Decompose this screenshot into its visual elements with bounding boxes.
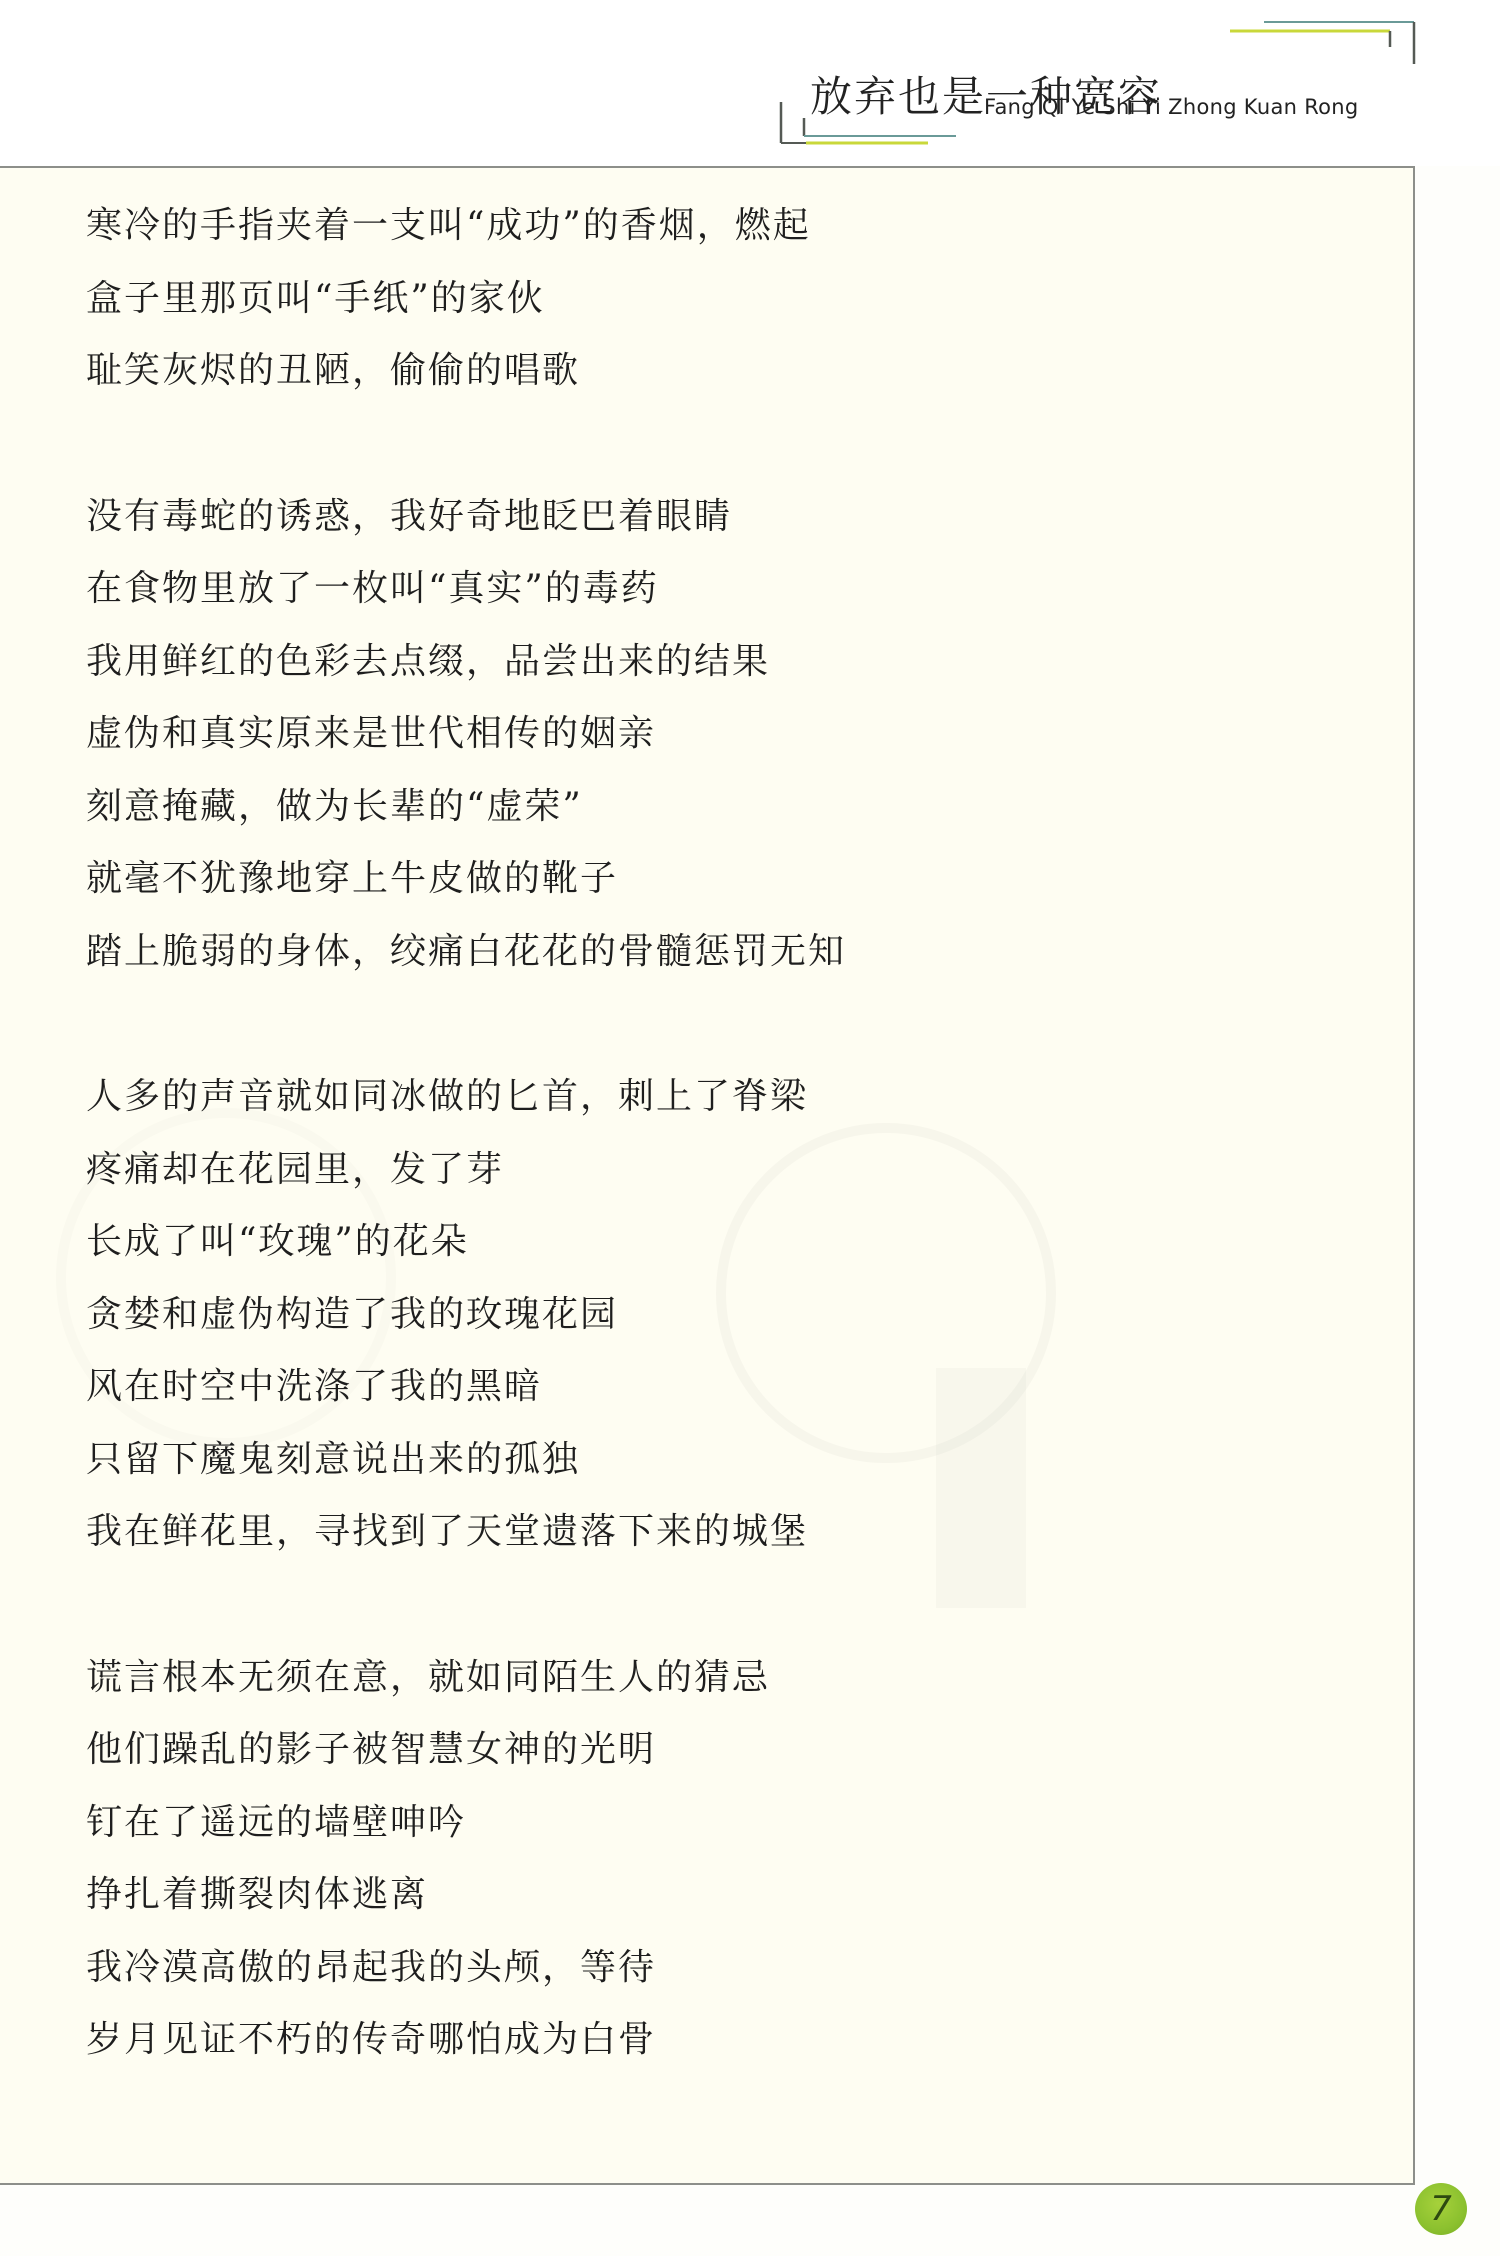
page-number-badge: 7: [1415, 2183, 1467, 2235]
poem-stanza-2: 没有毒蛇的诱惑，我好奇地眨巴着眼睛 在食物里放了一枚叫“真实”的毒药 我用鲜红的…: [86, 481, 1286, 989]
poem-line: 我用鲜红的色彩去点缀，品尝出来的结果: [86, 626, 1286, 699]
page-title-pinyin: Fang Ql Ye Shi Yi Zhong Kuan Rong: [984, 95, 1359, 119]
poem-line: 只留下魔鬼刻意说出来的孤独: [86, 1424, 1286, 1497]
poem-stanza-3: 人多的声音就如同冰做的匕首，刺上了脊梁 疼痛却在花园里，发了芽 长成了叫“玫瑰”…: [86, 1061, 1286, 1569]
poem-line: 耻笑灰烬的丑陋，偷偷的唱歌: [86, 335, 1286, 408]
poem-line: 长成了叫“玫瑰”的花朵: [86, 1206, 1286, 1279]
decorative-corner-bottom-left-icon: [778, 98, 978, 148]
poem-line: 岁月见证不朽的传奇哪怕成为白骨: [86, 2004, 1286, 2077]
poem-line: 我冷漠高傲的昂起我的头颅，等待: [86, 1932, 1286, 2005]
poem-line: 盒子里那页叫“手纸”的家伙: [86, 263, 1286, 336]
poem-line: 风在时空中洗涤了我的黑暗: [86, 1351, 1286, 1424]
decorative-corner-top-right-icon: [1230, 14, 1430, 70]
poem-line: 他们躁乱的影子被智慧女神的光明: [86, 1714, 1286, 1787]
poem-stanza-1: 寒冷的手指夹着一支叫“成功”的香烟，燃起 盒子里那页叫“手纸”的家伙 耻笑灰烬的…: [86, 190, 1286, 408]
poem-line: 人多的声音就如同冰做的匕首，刺上了脊梁: [86, 1061, 1286, 1134]
poem-line: 谎言根本无须在意，就如同陌生人的猜忌: [86, 1642, 1286, 1715]
poem-line: 没有毒蛇的诱惑，我好奇地眨巴着眼睛: [86, 481, 1286, 554]
poem-line: 钉在了遥远的墙壁呻吟: [86, 1787, 1286, 1860]
poem-line: 刻意掩藏，做为长辈的“虚荣”: [86, 771, 1286, 844]
poem-line: 寒冷的手指夹着一支叫“成功”的香烟，燃起: [86, 190, 1286, 263]
poem-line: 虚伪和真实原来是世代相传的姻亲: [86, 698, 1286, 771]
poem-line: 就毫不犹豫地穿上牛皮做的靴子: [86, 843, 1286, 916]
poem-line: 挣扎着撕裂肉体逃离: [86, 1859, 1286, 1932]
poem-line: 疼痛却在花园里，发了芽: [86, 1134, 1286, 1207]
poem-line: 贪婪和虚伪构造了我的玫瑰花园: [86, 1279, 1286, 1352]
poem-line: 踏上脆弱的身体，绞痛白花花的骨髓惩罚无知: [86, 916, 1286, 989]
poem-line: 在食物里放了一枚叫“真实”的毒药: [86, 553, 1286, 626]
poem-line: 我在鲜花里，寻找到了天堂遗落下来的城堡: [86, 1496, 1286, 1569]
page-header: 放弃也是一种宽容 Fang Ql Ye Shi Yi Zhong Kuan Ro…: [0, 0, 1500, 166]
poem-stanza-4: 谎言根本无须在意，就如同陌生人的猜忌 他们躁乱的影子被智慧女神的光明 钉在了遥远…: [86, 1642, 1286, 2077]
poem-body: 寒冷的手指夹着一支叫“成功”的香烟，燃起 盒子里那页叫“手纸”的家伙 耻笑灰烬的…: [86, 190, 1286, 2150]
